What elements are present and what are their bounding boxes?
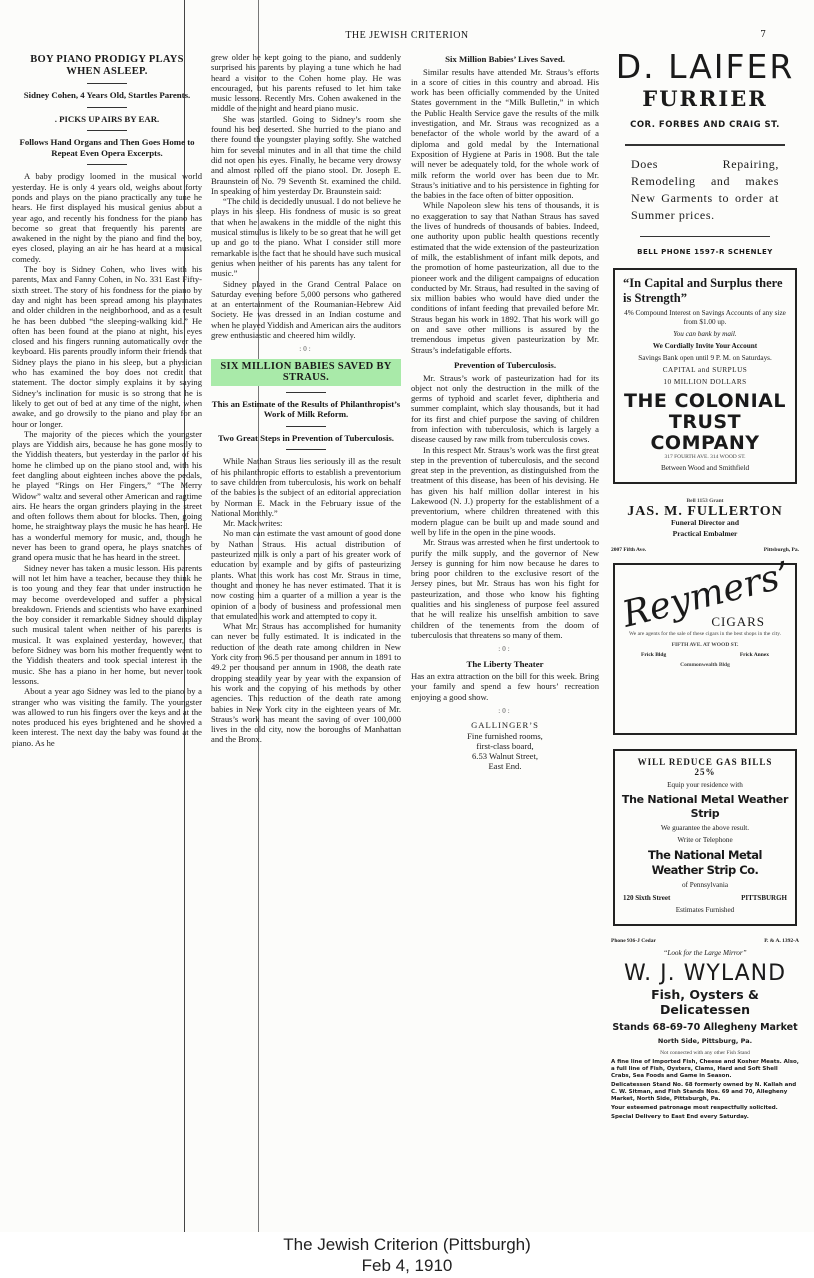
ad-address: Frick Bldg [641, 650, 666, 660]
wyland-ad: Phone 936-J Cedar P. & A. 1392-A “Look f… [607, 936, 803, 1121]
laifer-ad: D. LAIFER FURRIER COR. FORBES AND CRAIG … [607, 48, 803, 258]
ad-line: 317 FOURTH AVE. 314 WOOD ST. [621, 454, 789, 461]
ad-phone-row: Phone 936-J Cedar P. & A. 1392-A [611, 936, 799, 946]
paragraph: Mr. Straus’s work of pasteurization had … [411, 373, 599, 445]
paragraph: The majority of the pieces which the you… [12, 429, 202, 563]
section-heading: Six Million Babies’ Lives Saved. [411, 54, 599, 65]
ad-line: 10 MILLION DOLLARS [621, 378, 789, 387]
ad-address: 2007 Fifth Ave. [611, 545, 646, 555]
paragraph: While Nathan Straus lies seriously ill a… [211, 456, 401, 518]
ad-line: 4% Compound Interest on Savings Accounts… [621, 309, 789, 327]
paragraph: Mr. Mack writes: [211, 518, 401, 528]
separator: :0: [411, 644, 599, 654]
ad-city: PITTSBURGH [741, 893, 787, 903]
article-headline: BOY PIANO PRODIGY PLAYS WHEN ASLEEP. [12, 54, 202, 77]
fullerton-ad: Bell 1153 Grant JAS. M. FULLERTON Funera… [607, 498, 803, 556]
ad-address-row: 120 Sixth Street PITTSBURGH [623, 893, 787, 903]
ad-line: of Pennsylvania [621, 881, 789, 890]
ad-name: JAS. M. FULLERTON [607, 507, 803, 517]
ad-name: TRUST COMPANY [621, 412, 789, 454]
ad-headline: WILL REDUCE GAS BILLS [621, 757, 789, 767]
colonial-trust-ad: “In Capital and Surplus there is Strengt… [613, 268, 797, 484]
section-heading: The Liberty Theater [411, 659, 599, 670]
section-heading: Prevention of Tuberculosis. [411, 360, 599, 371]
ad-line: Special Delivery to East End every Satur… [611, 1114, 799, 1121]
ad-name: THE COLONIAL [621, 391, 789, 412]
column-2: grew older he kept going to the piano, a… [211, 52, 401, 745]
ad-line: Delicatessen Stand No. 68 formerly owned… [611, 1082, 799, 1103]
paragraph: Similar results have attended Mr. Straus… [411, 67, 599, 201]
ad-percent: 25% [621, 767, 789, 777]
image-caption: The Jewish Criterion (Pittsburgh) Feb 4,… [0, 1234, 814, 1276]
ad-headline: “In Capital and Surplus there is Strengt… [621, 276, 789, 306]
ad-product: The National Metal Weather Strip [621, 793, 789, 821]
divider [286, 426, 326, 427]
caption-date: Feb 4, 1910 [0, 1255, 814, 1276]
article-deck: This an Estimate of the Results of Phila… [211, 399, 401, 420]
ad-address-row: Frick Bldg Frick Annex [641, 650, 769, 660]
highlighted-headline[interactable]: SIX MILLION BABIES SAVED BY STRAUS. [211, 359, 401, 386]
ad-line: Estimates Furnished [621, 906, 789, 915]
caption-publication: The Jewish Criterion (Pittsburgh) [0, 1234, 814, 1255]
ad-address: FIFTH AVE. AT WOOD ST. [621, 642, 789, 649]
divider [87, 164, 127, 165]
ad-phone: P. & A. 1392-A [764, 936, 799, 946]
ad-phone: Phone 936-J Cedar [611, 936, 656, 946]
divider [87, 107, 127, 108]
paragraph: While Napoleon slew his tens of thousand… [411, 200, 599, 354]
ad-line: A fine line of Imported Fish, Cheese and… [611, 1059, 799, 1080]
ad-trade: Fish, Oysters & Delicatessen [607, 987, 803, 1017]
paragraph: The boy is Sidney Cohen, who lives with … [12, 264, 202, 429]
ad-line: Savings Bank open until 9 P. M. on Satur… [621, 354, 789, 363]
column-3: Six Million Babies’ Lives Saved. Similar… [411, 52, 599, 772]
ad-line: Fine furnished rooms, [411, 731, 599, 741]
divider [625, 144, 785, 146]
ad-address: 120 Sixth Street [623, 893, 670, 903]
ad-stands: Stands 68-69-70 Allegheny Market [607, 1023, 803, 1033]
ad-line: We Cordially Invite Your Account [621, 342, 789, 351]
ad-address: Commonwealth Bldg [621, 662, 789, 669]
ad-trade: FURRIER [607, 86, 803, 112]
ad-address: Frick Annex [740, 650, 769, 660]
paragraph: Has an extra attraction on the bill for … [411, 671, 599, 702]
article-deck: . PICKS UP AIRS BY EAR. [12, 114, 202, 125]
divider [286, 449, 326, 450]
newspaper-page: THE JEWISH CRITERION 7 BOY PIANO PRODIGY… [0, 0, 814, 1232]
ad-line: Equip your residence with [621, 781, 789, 790]
weather-strip-ad: WILL REDUCE GAS BILLS 25% Equip your res… [613, 749, 797, 926]
ad-line: We guarantee the above result. [621, 824, 789, 833]
paragraph: grew older he kept going to the piano, a… [211, 52, 401, 114]
paragraph: About a year ago Sidney was led to the p… [12, 686, 202, 748]
paragraph: A baby prodigy loomed in the musical wor… [12, 171, 202, 264]
ad-line: Between Wood and Smithfield [621, 464, 789, 473]
article-deck: Two Great Steps in Prevention of Tubercu… [211, 433, 401, 444]
ad-note: Not connected with any other Fish Stand [607, 1050, 803, 1057]
ad-line: 6.53 Walnut Street, [411, 751, 599, 761]
ad-line: Practical Embalmer [607, 528, 803, 539]
divider [640, 236, 770, 237]
ad-address: COR. FORBES AND CRAIG ST. [607, 120, 803, 130]
ad-line: first-class board, [411, 741, 599, 751]
separator: :0: [211, 344, 401, 354]
reymers-ad: Reymers’ CIGARS We are agents for the sa… [613, 563, 797, 735]
ad-fine-print: We are agents for the sale of these ciga… [623, 631, 787, 638]
ad-line: Your esteemed patronage most respectfull… [611, 1105, 799, 1112]
paragraph: In this respect Mr. Straus’s work was th… [411, 445, 599, 538]
paragraph: “The child is decidedly unusual. I do no… [211, 196, 401, 278]
article-deck: Follows Hand Organs and Then Goes Home t… [12, 137, 202, 158]
ad-slogan: “Look for the Large Mirror” [607, 949, 803, 958]
divider [286, 392, 326, 393]
ad-city: Pittsburgh, Pa. [764, 545, 799, 555]
ad-body: Does Repairing, Remodeling and makes New… [631, 156, 779, 224]
ad-line: You can bank by mail. [621, 330, 789, 339]
ad-address-row: 2007 Fifth Ave. Pittsburgh, Pa. [611, 545, 799, 555]
ads-column: D. LAIFER FURRIER COR. FORBES AND CRAIG … [607, 42, 803, 1123]
paragraph: Mr. Straus was arrested when he first un… [411, 537, 599, 640]
paragraph: Sidney played in the Grand Central Palac… [211, 279, 401, 341]
article-deck: Sidney Cohen, 4 Years Old, Startles Pare… [12, 90, 202, 101]
ad-company: The National Metal Weather Strip Co. [621, 848, 789, 878]
ad-line: East End. [411, 761, 599, 771]
ad-name: GALLINGER’S [411, 720, 599, 730]
ad-line: Write or Telephone [621, 836, 789, 845]
separator: :0: [411, 706, 599, 716]
ad-location: North Side, Pittsburg, Pa. [607, 1037, 803, 1046]
ad-phone: BELL PHONE 1597-R SCHENLEY [607, 247, 803, 257]
page-number: 7 [760, 30, 766, 40]
ad-name: W. J. WYLAND [607, 961, 803, 987]
paragraph: What Mr. Straus has accomplished for hum… [211, 621, 401, 745]
divider [87, 130, 127, 131]
paragraph: Sidney never has taken a music lesson. H… [12, 563, 202, 687]
paragraph: No man can estimate the vast amount of g… [211, 528, 401, 621]
gallinger-ad: GALLINGER’S Fine furnished rooms, first-… [411, 720, 599, 771]
masthead-title: THE JEWISH CRITERION [0, 30, 814, 41]
divider [87, 83, 127, 84]
ad-line: CAPITAL and SURPLUS [621, 366, 789, 375]
paragraph: She was startled. Going to Sidney’s room… [211, 114, 401, 196]
column-1: BOY PIANO PRODIGY PLAYS WHEN ASLEEP. Sid… [12, 52, 202, 748]
ad-name: D. LAIFER [607, 48, 803, 86]
